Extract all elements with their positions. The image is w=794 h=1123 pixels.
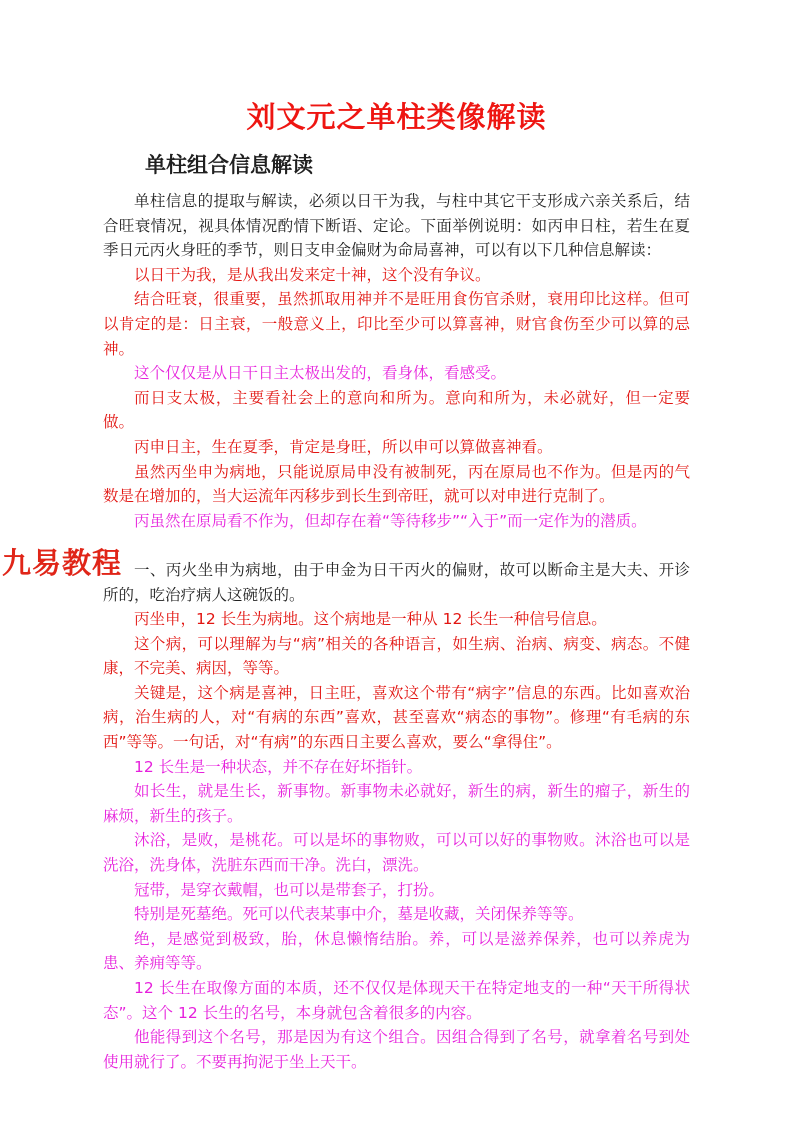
- paragraph: 单柱信息的提取与解读，必须以日干为我，与柱中其它干支形成六亲关系后，结合旺衰情况…: [103, 189, 690, 263]
- paragraph: 沐浴，是败，是桃花。可以是坏的事物败，可以可以好的事物败。沐浴也可以是洗浴，洗身…: [103, 828, 690, 877]
- paragraph: 一、丙火坐申为病地，由于申金为日干丙火的偏财，故可以断命主是大夫、开诊所的，吃治…: [103, 558, 690, 607]
- paragraph: 这个仅仅是从日干日主太极出发的，看身体，看感受。: [103, 361, 690, 386]
- paragraph: 丙申日主，生在夏季，肯定是身旺，所以申可以算做喜神看。: [103, 435, 690, 460]
- document-page: 刘文元之单柱类像解读 单柱组合信息解读 单柱信息的提取与解读，必须以日干为我，与…: [0, 0, 794, 1123]
- paragraph: 结合旺衰，很重要，虽然抓取用神并不是旺用食伤官杀财，衰用印比这样。但可以肯定的是…: [103, 287, 690, 361]
- paragraph: 这个病，可以理解为与“病”相关的各种语言，如生病、治病、病变、病态。不健康，不完…: [103, 632, 690, 681]
- body-text: 单柱信息的提取与解读，必须以日干为我，与柱中其它干支形成六亲关系后，结合旺衰情况…: [103, 189, 690, 1074]
- watermark: 九易教程: [2, 546, 122, 580]
- section-heading: 单柱组合信息解读: [145, 152, 690, 178]
- paragraph: 冠带，是穿衣戴帽，也可以是带套子，打扮。: [103, 878, 690, 903]
- paragraph: 丙虽然在原局看不作为，但却存在着“等待移步”“入于”而一定作为的潜质。: [103, 509, 690, 534]
- paragraph: 如长生，就是生长，新事物。新事物未必就好，新生的病，新生的瘤子，新生的麻烦，新生…: [103, 779, 690, 828]
- paragraph: 绝，是感觉到极致，胎，休息懒惰结胎。养，可以是滋养保养，也可以养虎为患、养痈等等…: [103, 927, 690, 976]
- paragraph: 虽然丙坐申为病地，只能说原局申没有被制死，丙在原局也不作为。但是丙的气数是在增加…: [103, 460, 690, 509]
- paragraph: 而日支太极，主要看社会上的意向和所为。意向和所为，未必就好，但一定要做。: [103, 386, 690, 435]
- paragraph: 他能得到这个名号，那是因为有这个组合。因组合得到了名号，就拿着名号到处使用就行了…: [103, 1025, 690, 1074]
- paragraph: 12 长生是一种状态，并不存在好坏指针。: [103, 755, 690, 780]
- paragraph: 特别是死墓绝。死可以代表某事中介，墓是收藏，关闭保养等等。: [103, 902, 690, 927]
- paragraph: 12 长生在取像方面的本质，还不仅仅是体现天干在特定地支的一种“天干所得状态”。…: [103, 976, 690, 1025]
- paragraph: 关键是，这个病是喜神，日主旺，喜欢这个带有“病字”信息的东西。比如喜欢治病，治生…: [103, 681, 690, 755]
- document-title: 刘文元之单柱类像解读: [103, 99, 690, 135]
- paragraph: 以日干为我，是从我出发来定十神，这个没有争议。: [103, 263, 690, 288]
- paragraph: 丙坐申，12 长生为病地。这个病地是一种从 12 长生一种信号信息。: [103, 607, 690, 632]
